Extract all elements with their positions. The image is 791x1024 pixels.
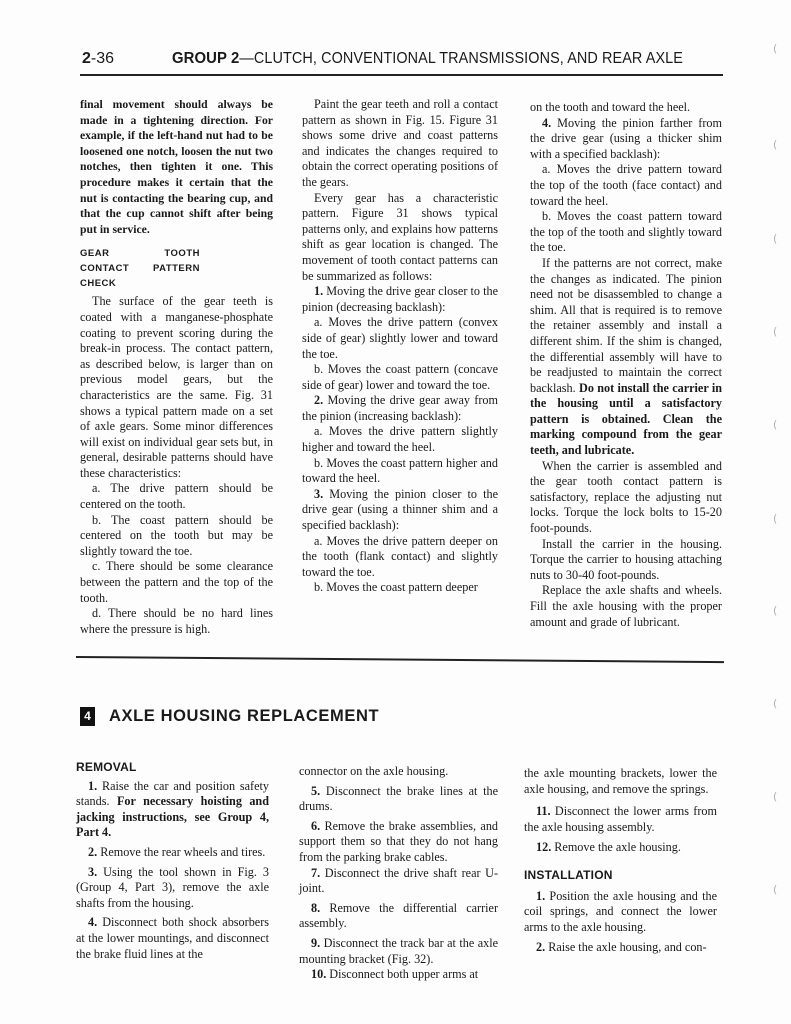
- removal-step-1: 1. Raise the car and position safety sta…: [76, 779, 269, 841]
- list-item: a. The drive pattern should be centered …: [80, 481, 273, 512]
- paragraph: When the carrier is assembled and the ge…: [530, 459, 722, 537]
- step-number: 4.: [88, 915, 97, 929]
- step-text: Disconnect both upper arms at: [329, 967, 478, 981]
- step-text: Moving the pinion closer to the drive ge…: [302, 487, 498, 532]
- subheading-installation: INSTALLATION: [524, 868, 717, 884]
- step-number: 3.: [88, 865, 97, 879]
- step-text: Disconnect the track bar at the axle mou…: [299, 936, 498, 966]
- list-item: a. Moves the drive pattern slightly high…: [302, 424, 498, 455]
- binding-mark-icon: (: [773, 790, 777, 803]
- step-text: Using the tool shown in Fig. 3 (Group 4,…: [76, 865, 269, 910]
- step-text: Disconnect the drive shaft rear U-joint.: [299, 866, 498, 896]
- removal-step-11: 11. Disconnect the lower arms from the a…: [524, 804, 717, 835]
- removal-step-12: 12. Remove the axle housing.: [524, 840, 717, 856]
- binding-mark-icon: (: [773, 604, 777, 617]
- page-header: 2-36 GROUP 2—CLUTCH, CONVENTIONAL TRANSM…: [82, 48, 722, 72]
- group-label: GROUP 2: [172, 50, 239, 67]
- step-text: Raise the axle housing, and con-: [548, 940, 706, 954]
- step-number: 2.: [536, 940, 545, 954]
- binding-mark-icon: (: [773, 138, 777, 151]
- step-3: 3. Moving the pinion closer to the drive…: [302, 487, 498, 534]
- removal-step-2: 2. Remove the rear wheels and tires.: [76, 845, 269, 861]
- step-number: 2.: [314, 393, 323, 407]
- paragraph: If the patterns are not correct, make th…: [530, 256, 722, 459]
- list-item: d. There should be no hard lines where t…: [80, 606, 273, 637]
- top-column-1: final movement should always be made in …: [80, 97, 273, 637]
- install-step-1: 1. Position the axle housing and the coi…: [524, 889, 717, 936]
- removal-step-3: 3. Using the tool shown in Fig. 3 (Group…: [76, 865, 269, 912]
- section-title: AXLE HOUSING REPLACEMENT: [109, 707, 379, 726]
- binding-mark-icon: (: [773, 42, 777, 55]
- step-number: 12.: [536, 840, 551, 854]
- list-item: b. Moves the coast pattern toward the to…: [530, 209, 722, 256]
- section-heading: 4 AXLE HOUSING REPLACEMENT: [80, 704, 379, 728]
- step-number: 9.: [311, 936, 320, 950]
- running-header-title: GROUP 2—CLUTCH, CONVENTIONAL TRANSMISSIO…: [172, 50, 683, 68]
- binding-mark-icon: (: [773, 325, 777, 338]
- list-item: a. Moves the drive pattern deeper on the…: [302, 534, 498, 581]
- step-text: Disconnect both shock absorbers at the l…: [76, 915, 269, 960]
- top-column-3: on the tooth and toward the heel. 4. Mov…: [530, 100, 722, 630]
- step-text: Moving the pinion farther from the drive…: [530, 116, 722, 161]
- step-text: Position the axle housing and the coil s…: [524, 889, 717, 934]
- step-4: 4. Moving the pinion farther from the dr…: [530, 116, 722, 163]
- bottom-column-1: REMOVAL 1. Raise the car and position sa…: [76, 760, 269, 962]
- removal-step-4: 4. Disconnect both shock absorbers at th…: [76, 915, 269, 962]
- header-title-text: —CLUTCH, CONVENTIONAL TRANSMISSIONS, AND…: [239, 50, 683, 67]
- step-number: 1.: [536, 889, 545, 903]
- step-text: Remove the axle housing.: [554, 840, 681, 854]
- paragraph: Paint the gear teeth and roll a contact …: [302, 97, 498, 191]
- binding-mark-icon: (: [773, 512, 777, 525]
- paragraph: final movement should always be made in …: [80, 97, 273, 237]
- list-item: a. Moves the drive pattern (convex side …: [302, 315, 498, 362]
- section-number-badge: 4: [80, 707, 95, 726]
- step-number: 6.: [311, 819, 320, 833]
- paragraph-text: If the patterns are not correct, make th…: [530, 256, 722, 395]
- step-text: Remove the rear wheels and tires.: [100, 845, 265, 859]
- step-text: Remove the brake assemblies, and support…: [299, 819, 498, 864]
- section-divider: [76, 656, 724, 663]
- step-number: 1.: [314, 284, 323, 298]
- step-text: Moving the drive gear away from the pini…: [302, 393, 498, 423]
- list-item: b. Moves the coast pattern deeper: [302, 580, 498, 596]
- step-2: 2. Moving the drive gear away from the p…: [302, 393, 498, 424]
- step-number: 2.: [88, 845, 97, 859]
- list-item: c. There should be some clearance betwee…: [80, 559, 273, 606]
- paragraph: Replace the axle shafts and wheels. Fill…: [530, 583, 722, 630]
- top-column-2: Paint the gear teeth and roll a contact …: [302, 97, 498, 596]
- removal-step-9: 9. Disconnect the track bar at the axle …: [299, 936, 498, 967]
- page-number-rest: -36: [91, 50, 114, 67]
- paragraph: connector on the axle housing.: [299, 764, 498, 780]
- page-number: 2-36: [82, 50, 114, 68]
- step-text: Disconnect the lower arms from the axle …: [524, 804, 717, 834]
- step-number: 7.: [311, 866, 320, 880]
- binding-mark-icon: (: [773, 697, 777, 710]
- binding-mark-icon: (: [773, 232, 777, 245]
- removal-step-8: 8. Remove the differential carrier assem…: [299, 901, 498, 932]
- subheading-gear-tooth-contact: GEAR TOOTH CONTACT PATTERN CHECK: [80, 246, 200, 291]
- install-step-2: 2. Raise the axle housing, and con-: [524, 940, 717, 956]
- binding-mark-icon: (: [773, 883, 777, 896]
- list-item: a. Moves the drive pattern toward the to…: [530, 162, 722, 209]
- removal-step-5: 5. Disconnect the brake lines at the dru…: [299, 784, 498, 815]
- page-number-bold: 2: [82, 50, 91, 67]
- paragraph: Install the carrier in the housing. Torq…: [530, 537, 722, 584]
- step-number: 11.: [536, 804, 551, 818]
- bottom-column-3: the axle mounting brackets, lower the ax…: [524, 766, 717, 956]
- step-number: 3.: [314, 487, 323, 501]
- bottom-column-2: connector on the axle housing. 5. Discon…: [299, 764, 498, 983]
- header-rule: [80, 74, 723, 76]
- paragraph: The surface of the gear teeth is coated …: [80, 294, 273, 481]
- binding-mark-icon: (: [773, 418, 777, 431]
- list-item: b. Moves the coast pattern higher and to…: [302, 456, 498, 487]
- paragraph: the axle mounting brackets, lower the ax…: [524, 766, 717, 797]
- step-number: 5.: [311, 784, 320, 798]
- step-1: 1. Moving the drive gear closer to the p…: [302, 284, 498, 315]
- removal-step-7: 7. Disconnect the drive shaft rear U-joi…: [299, 866, 498, 897]
- list-item: b. Moves the coast pattern (concave side…: [302, 362, 498, 393]
- step-number: 4.: [542, 116, 551, 130]
- step-text: Moving the drive gear closer to the pini…: [302, 284, 498, 314]
- step-number: 1.: [88, 779, 97, 793]
- step-text: Remove the differential carrier assembly…: [299, 901, 498, 931]
- step-number: 8.: [311, 901, 320, 915]
- paragraph: Every gear has a characteristic pattern.…: [302, 191, 498, 285]
- paragraph: on the tooth and toward the heel.: [530, 100, 722, 116]
- step-number: 10.: [311, 967, 326, 981]
- removal-step-6: 6. Remove the brake assemblies, and supp…: [299, 819, 498, 866]
- step-text: Disconnect the brake lines at the drums.: [299, 784, 498, 814]
- subheading-removal: REMOVAL: [76, 760, 269, 776]
- removal-step-10: 10. Disconnect both upper arms at: [299, 967, 498, 983]
- list-item: b. The coast pattern should be centered …: [80, 513, 273, 560]
